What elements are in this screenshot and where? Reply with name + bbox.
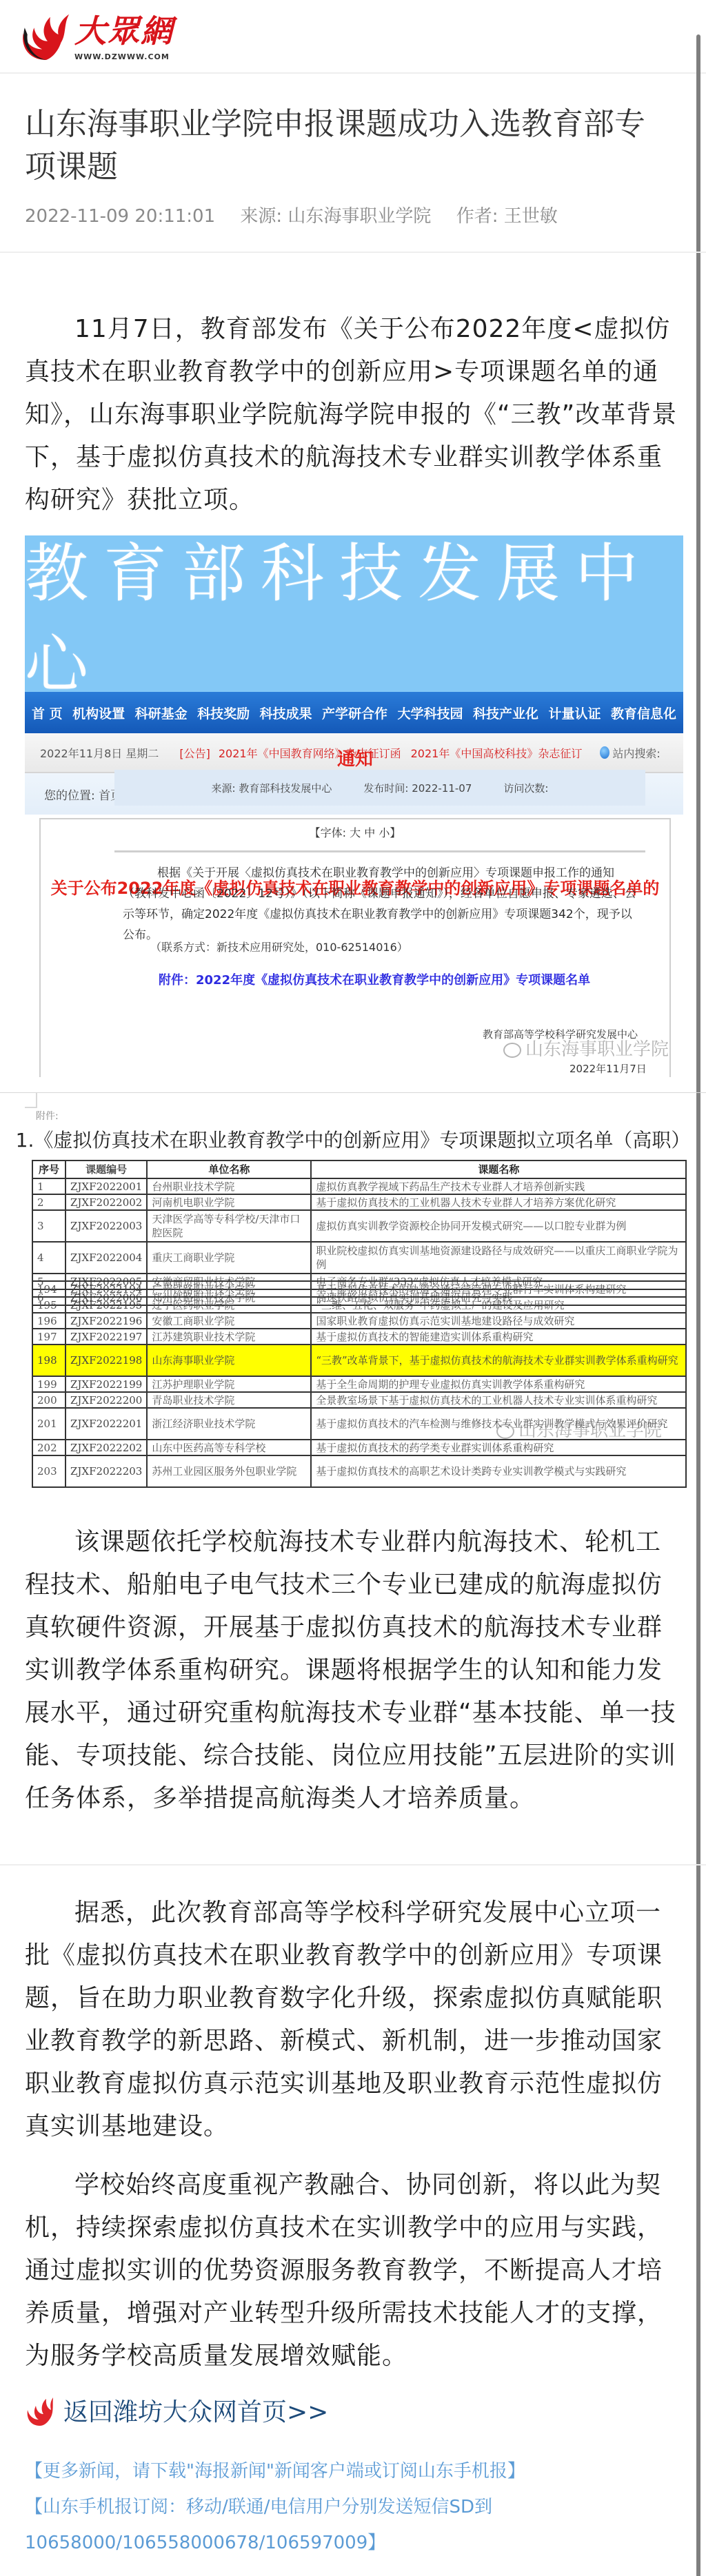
nav-item: 计量认证 — [548, 704, 601, 722]
cell-unit: 青岛职业技术学院 — [147, 1392, 311, 1408]
cell-index: 197 — [32, 1329, 65, 1345]
cell-code: ZJXF2022001 — [65, 1178, 147, 1194]
table-row: 1ZJXF2022001台州职业技术学院虚拟仿真教学视域下药品生产技术专业群人才… — [32, 1178, 686, 1194]
cell-code: ZJXF2022203 — [65, 1455, 147, 1487]
notice-screenshot-image: 教育部科技发展中心 首 页 机构设置 科研基金 科技奖励 科技成果 产学研合作 … — [25, 535, 683, 1077]
cell-index: 1 — [32, 1178, 65, 1194]
table-row: 4ZJXF2022004重庆工商职业学院职业院校虚拟仿真实训基地资源建设路径与成… — [32, 1242, 686, 1274]
nav-item: 科技成果 — [260, 704, 312, 722]
promo-sms-numbers: 10658000/106558000678/106597009】 — [25, 2528, 385, 2554]
article-paragraph: 学校始终高度重视产教融合、协同创新，将以此为契机，持续探索虚拟仿真技术在实训教学… — [25, 2164, 680, 2378]
attachment-label: 附件: — [36, 1109, 59, 1123]
cell-code: ZJXF2022194 — [65, 1281, 147, 1297]
nav-item: 产学研合作 — [322, 704, 387, 722]
font-size-switch: 【字体: 大 中 小】 — [39, 824, 671, 840]
cell-unit: 安徽工商职业学院 — [147, 1313, 311, 1329]
cell-unit: 山东海事职业学院 — [147, 1345, 311, 1376]
article-meta: 2022-11-09 20:11:01 来源: 山东海事职业学院 作者: 王世敏 — [25, 202, 577, 227]
cell-code: ZJXF2022199 — [65, 1376, 147, 1392]
cell-project: “三教”改革背景下，基于虚拟仿真技术的航海技术专业群实训教学体系重构研究 — [311, 1345, 686, 1376]
table-header-row: 序号 课题编号 单位名称 课题名称 — [32, 1161, 686, 1178]
notice-attachment-link: 附件：2022年度《虚拟仿真技术在职业教育教学中的创新应用》专项课题名单 — [159, 970, 590, 988]
article-title: 山东海事职业学院申报课题成功入选教育部专项课题 — [25, 103, 666, 188]
cell-unit: 苏州工业园区服务外包职业学院 — [147, 1455, 311, 1487]
cell-unit: 重庆工商职业学院 — [147, 1242, 311, 1274]
cell-unit: 辽宁医药职业学院 — [147, 1297, 311, 1313]
nav-item: 首 页 — [32, 704, 63, 722]
cell-unit: 山东中医药高等专科学校 — [147, 1440, 311, 1455]
cell-index: 3 — [32, 1210, 65, 1242]
section-divider — [0, 1864, 706, 1865]
table-row: 200ZJXF2022200青岛职业技术学院全景教室场景下基于虚拟仿真技术的工业… — [32, 1392, 686, 1408]
notice-contact: （联系方式：新技术应用研究处，010-62514016） — [150, 939, 408, 954]
cell-unit: 江苏护理职业学院 — [147, 1376, 311, 1392]
cell-code: ZJXF2022002 — [65, 1194, 147, 1210]
cell-code: ZJXF2022004 — [65, 1242, 147, 1274]
cell-project: 基于虚拟仿真技术的智能建造实训体系重构研究 — [311, 1329, 686, 1345]
table-row: 195ZJXF2022195辽宁医药职业学院“三维、五化、双服务”中药虚拟工厂的… — [32, 1297, 686, 1313]
notice-publish-time: 发布时间: 2022-11-07 — [363, 781, 472, 795]
cell-code: ZJXF2022198 — [65, 1345, 147, 1376]
cell-project: 全景教室场景下基于虚拟仿真技术的工业机器人技术专业实训体系重构研究 — [311, 1392, 686, 1408]
cell-project: “三维、五化、双服务”中药虚拟工厂的建设及应用研究 — [311, 1297, 686, 1313]
article-header: 山东海事职业学院申报课题成功入选教育部专项课题 2022-11-09 20:11… — [0, 74, 706, 253]
flame-logo-icon — [25, 2395, 54, 2426]
dzwww-logo[interactable]: 大眾網 WWW.DZWWW.COM — [19, 4, 178, 63]
doc-border — [669, 1065, 671, 1077]
article-paragraph: 据悉，此次教育部高等学校科学研究发展中心立项一批《虚拟仿真技术在职业教育教学中的… — [25, 1892, 680, 2148]
cell-project: 职业院校虚拟仿真实训基地资源建设路径与成效研究——以重庆工商职业学院为例 — [311, 1242, 686, 1274]
table-row: 196ZJXF2022196安徽工商职业学院国家职业教育虚拟仿真示范实训基地建设… — [32, 1313, 686, 1329]
nav-item: 科技产业化 — [473, 704, 538, 722]
nav-item: 大学科技园 — [398, 704, 463, 722]
nav-item: 教育信息化 — [611, 704, 676, 722]
cell-index: 200 — [32, 1392, 65, 1408]
column-header: 单位名称 — [147, 1161, 311, 1178]
publish-datetime: 2022-11-09 20:11:01 — [25, 206, 215, 227]
page-corner-mark — [25, 1107, 37, 1108]
cell-project: 虚拟仿真实训教学资源校企协同开发模式研究——以口腔专业群为例 — [311, 1210, 686, 1242]
wechat-watermark: 山东海事职业学院 — [496, 1416, 662, 1442]
cell-code: ZJXF2022003 — [65, 1210, 147, 1242]
project-table-bottom: 194ZJXF2022194广州铁路职业技术学院基于虚拟仿真技术的轨道交通运营管… — [32, 1280, 687, 1488]
table-row: 199ZJXF2022199江苏护理职业学院基于全生命周期的护理专业虚拟仿真实训… — [32, 1376, 686, 1392]
wechat-watermark: 山东海事职业学院 — [503, 1035, 669, 1061]
back-to-home-link[interactable]: 返回潍坊大众网首页>> — [25, 2393, 328, 2428]
article-author: 作者: 王世敏 — [456, 206, 558, 227]
article-source: 来源: 山东海事职业学院 — [240, 206, 431, 227]
back-link-text[interactable]: 返回潍坊大众网首页>> — [63, 2393, 328, 2428]
cell-project: 基于虚拟仿真技术的工业机器人技术专业群人才培养方案优化研究 — [311, 1194, 686, 1210]
cell-code: ZJXF2022196 — [65, 1313, 147, 1329]
wechat-icon — [503, 1043, 521, 1058]
notice-date: 2022年11月7日 — [569, 1061, 647, 1076]
cell-project: 国家职业教育虚拟仿真示范实训基地建设路径与成效研究 — [311, 1313, 686, 1329]
cell-unit: 浙江经济职业技术学院 — [147, 1408, 311, 1440]
flame-logo-icon — [19, 7, 73, 62]
column-header: 课题编号 — [65, 1161, 147, 1178]
cell-index: 198 — [32, 1345, 65, 1376]
cell-unit: 广州铁路职业技术学院 — [147, 1281, 311, 1297]
cell-index: 4 — [32, 1242, 65, 1274]
cell-index: 201 — [32, 1408, 65, 1440]
cell-code: ZJXF2022200 — [65, 1392, 147, 1408]
nav-item: 科技奖励 — [197, 704, 250, 722]
doc-border — [39, 1065, 41, 1077]
notice-divider — [114, 850, 645, 852]
cell-project: 基于虚拟仿真技术的药学类专业群实训体系重构研究 — [311, 1440, 686, 1455]
cell-unit: 天津医学高等专科学校/天津市口腔医院 — [147, 1210, 311, 1242]
nav-item: 科研基金 — [135, 704, 188, 722]
table-row: 2ZJXF2022002河南机电职业学院基于虚拟仿真技术的工业机器人技术专业群人… — [32, 1194, 686, 1210]
logo-text: 大眾網 — [74, 14, 174, 48]
column-header: 序号 — [32, 1161, 65, 1178]
project-list-title: 1.《虚拟仿真技术在职业教育教学中的创新应用》专项课题拟立项名单（高职） — [0, 1125, 706, 1153]
table-row: 3ZJXF2022003天津医学高等专科学校/天津市口腔医院虚拟仿真实训教学资源… — [32, 1210, 686, 1242]
table-row: 202ZJXF2022202山东中医药高等专科学校基于虚拟仿真技术的药学类专业群… — [32, 1440, 686, 1455]
cell-project: 基于虚拟仿真技术的轨道交通运营管理专业群行车实训体系构建研究 — [311, 1281, 686, 1297]
cell-index: 194 — [32, 1281, 65, 1297]
cell-index: 2 — [32, 1194, 65, 1210]
logo-url: WWW.DZWWW.COM — [74, 52, 170, 61]
notice-title-line2: 通知 — [39, 745, 671, 770]
site-header: 大眾網 WWW.DZWWW.COM — [0, 0, 706, 74]
promo-subscribe: 【山东手机报订阅：移动/联通/电信用户分别发送短信SD到 — [25, 2493, 492, 2518]
cell-code: ZJXF2022202 — [65, 1440, 147, 1455]
cell-index: 196 — [32, 1313, 65, 1329]
promo-download-app[interactable]: 【更多新闻，请下载"海报新闻"新闻客户端或订阅山东手机报】 — [25, 2457, 525, 2482]
notice-source: 来源: 教育部科技发展中心 — [212, 781, 332, 795]
notice-paragraph: 根据《关于开展〈虚拟仿真技术在职业教育教学中的创新应用〉专项课题申报工作的通知（… — [123, 863, 636, 945]
page-break-line — [0, 1092, 706, 1093]
highlighted-table-row: 198ZJXF2022198山东海事职业学院“三教”改革背景下，基于虚拟仿真技术… — [32, 1345, 686, 1376]
nav-item: 机构设置 — [72, 704, 125, 722]
wechat-icon — [496, 1424, 514, 1439]
notice-meta-bar: 来源: 教育部科技发展中心 发布时间: 2022-11-07 访问次数: — [114, 770, 645, 806]
page-corner-mark — [36, 1092, 37, 1107]
cell-unit: 河南机电职业学院 — [147, 1194, 311, 1210]
cell-project: 虚拟仿真教学视域下药品生产技术专业群人才培养创新实践 — [311, 1178, 686, 1194]
cell-project: 基于虚拟仿真技术的高职艺术设计类跨专业实训教学模式与实践研究 — [311, 1455, 686, 1487]
project-list-screenshot-image: 附件: 1.《虚拟仿真技术在职业教育教学中的创新应用》专项课题拟立项名单（高职）… — [0, 1092, 706, 1468]
site-banner: 教育部科技发展中心 — [25, 535, 683, 692]
column-header: 课题名称 — [311, 1161, 686, 1178]
cell-unit: 江苏建筑职业技术学院 — [147, 1329, 311, 1345]
cell-index: 203 — [32, 1455, 65, 1487]
article-paragraph: 11月7日，教育部发布《关于公布2022年度<虚拟仿真技术在职业教育教学中的创新… — [25, 308, 680, 522]
cell-code: ZJXF2022195 — [65, 1297, 147, 1313]
table-row: 197ZJXF2022197江苏建筑职业技术学院基于虚拟仿真技术的智能建造实训体… — [32, 1329, 686, 1345]
cell-code: ZJXF2022197 — [65, 1329, 147, 1345]
notice-visits: 访问次数: — [503, 781, 548, 795]
cell-index: 199 — [32, 1376, 65, 1392]
cell-index: 202 — [32, 1440, 65, 1455]
table-row: 203ZJXF2022203苏州工业园区服务外包职业学院基于虚拟仿真技术的高职艺… — [32, 1455, 686, 1487]
article-paragraph: 该课题依托学校航海技术专业群内航海技术、轮机工程技术、船舶电子电气技术三个专业已… — [25, 1521, 680, 1820]
cell-project: 基于全生命周期的护理专业虚拟仿真实训教学体系重构研究 — [311, 1376, 686, 1392]
banner-title: 教育部科技发展中心 — [25, 535, 683, 705]
table-row: 194ZJXF2022194广州铁路职业技术学院基于虚拟仿真技术的轨道交通运营管… — [32, 1281, 686, 1297]
cell-unit: 台州职业技术学院 — [147, 1178, 311, 1194]
cell-code: ZJXF2022201 — [65, 1408, 147, 1440]
cell-index: 195 — [32, 1297, 65, 1313]
